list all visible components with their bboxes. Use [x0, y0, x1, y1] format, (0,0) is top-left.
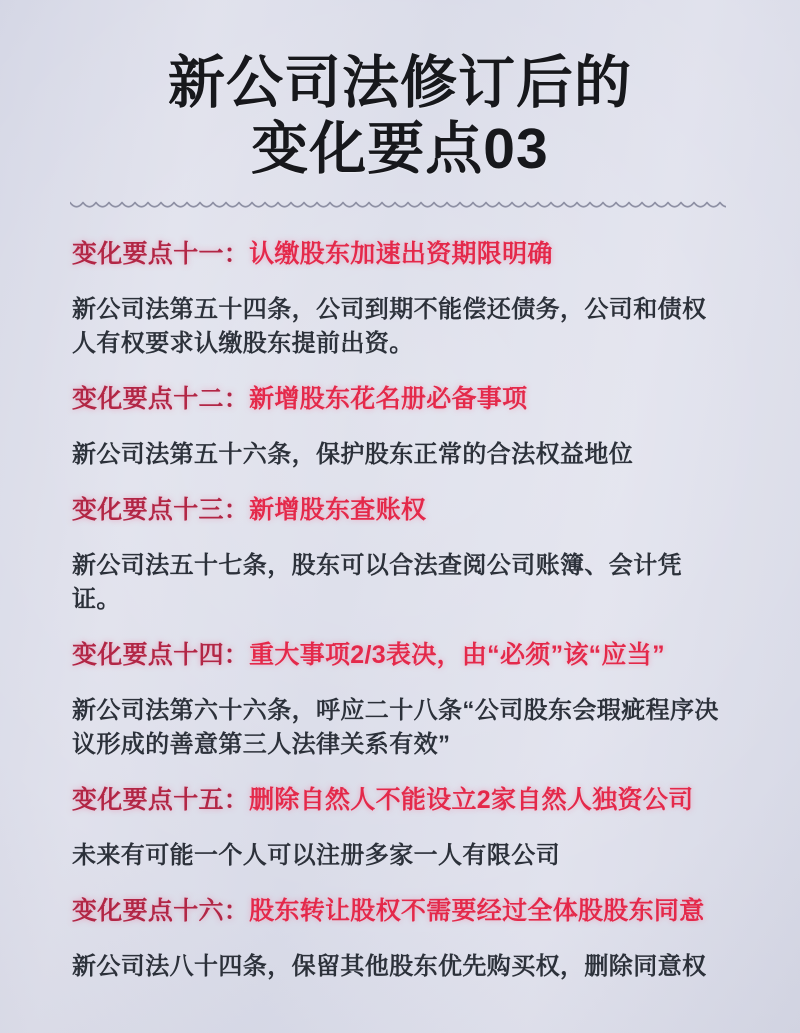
wave-line-icon	[70, 199, 726, 212]
heading-prefix: 变化要点十二：	[72, 385, 249, 413]
heading-prefix: 变化要点十三：	[72, 496, 249, 524]
section-heading: 变化要点十四：重大事项2/3表决，由“必须”该“应当”	[72, 638, 728, 672]
heading-text: 重大事项2/3表决，由“必须”该“应当”	[249, 641, 665, 669]
section-point-16: 变化要点十六：股东转让股权不需要经过全体股股东同意 新公司法八十四条，保留其他股…	[72, 894, 728, 984]
section-point-15: 变化要点十五：删除自然人不能设立2家自然人独资公司 未来有可能一个人可以注册多家…	[72, 783, 728, 873]
section-body: 新公司法五十七条，股东可以合法查阅公司账簿、会计凭证。	[72, 549, 728, 617]
section-body: 新公司法第六十六条，呼应二十八条“公司股东会瑕疵程序决议形成的善意第三人法律关系…	[72, 694, 728, 762]
section-heading: 变化要点十一：认缴股东加速出资期限明确	[72, 237, 728, 271]
heading-text: 新增股东花名册必备事项	[249, 385, 527, 413]
section-heading: 变化要点十六：股东转让股权不需要经过全体股股东同意	[72, 894, 728, 928]
heading-prefix: 变化要点十六：	[72, 897, 249, 925]
heading-prefix: 变化要点十四：	[72, 641, 249, 669]
infographic-page: 新公司法修订后的 变化要点03 变化要点十一：认缴股东加速出资期限明确 新公司法…	[0, 0, 800, 1033]
heading-text: 删除自然人不能设立2家自然人独资公司	[249, 786, 693, 814]
section-point-13: 变化要点十三：新增股东查账权 新公司法五十七条，股东可以合法查阅公司账簿、会计凭…	[72, 493, 728, 617]
heading-text: 认缴股东加速出资期限明确	[249, 240, 553, 268]
section-body: 新公司法八十四条，保留其他股东优先购买权，删除同意权	[72, 950, 728, 984]
section-body: 未来有可能一个人可以注册多家一人有限公司	[72, 839, 728, 873]
section-heading: 变化要点十五：删除自然人不能设立2家自然人独资公司	[72, 783, 728, 817]
heading-prefix: 变化要点十五：	[72, 786, 249, 814]
section-point-11: 变化要点十一：认缴股东加速出资期限明确 新公司法第五十四条，公司到期不能偿还债务…	[72, 237, 728, 361]
page-title: 新公司法修订后的 变化要点03	[0, 50, 800, 182]
section-body: 新公司法第五十六条，保护股东正常的合法权益地位	[72, 438, 728, 472]
sections-list: 变化要点十一：认缴股东加速出资期限明确 新公司法第五十四条，公司到期不能偿还债务…	[72, 237, 728, 984]
section-heading: 变化要点十二：新增股东花名册必备事项	[72, 382, 728, 416]
section-body: 新公司法第五十四条，公司到期不能偿还债务，公司和债权人有权要求认缴股东提前出资。	[72, 293, 728, 361]
heading-prefix: 变化要点十一：	[72, 240, 249, 268]
scallop-wave-divider	[70, 199, 730, 212]
section-point-14: 变化要点十四：重大事项2/3表决，由“必须”该“应当” 新公司法第六十六条，呼应…	[72, 638, 728, 762]
heading-text: 股东转让股权不需要经过全体股股东同意	[249, 897, 704, 925]
heading-text: 新增股东查账权	[249, 496, 426, 524]
section-point-12: 变化要点十二：新增股东花名册必备事项 新公司法第五十六条，保护股东正常的合法权益…	[72, 382, 728, 472]
page-title-line-2: 变化要点03	[0, 116, 800, 182]
page-title-line-1: 新公司法修订后的	[0, 50, 800, 116]
section-heading: 变化要点十三：新增股东查账权	[72, 493, 728, 527]
